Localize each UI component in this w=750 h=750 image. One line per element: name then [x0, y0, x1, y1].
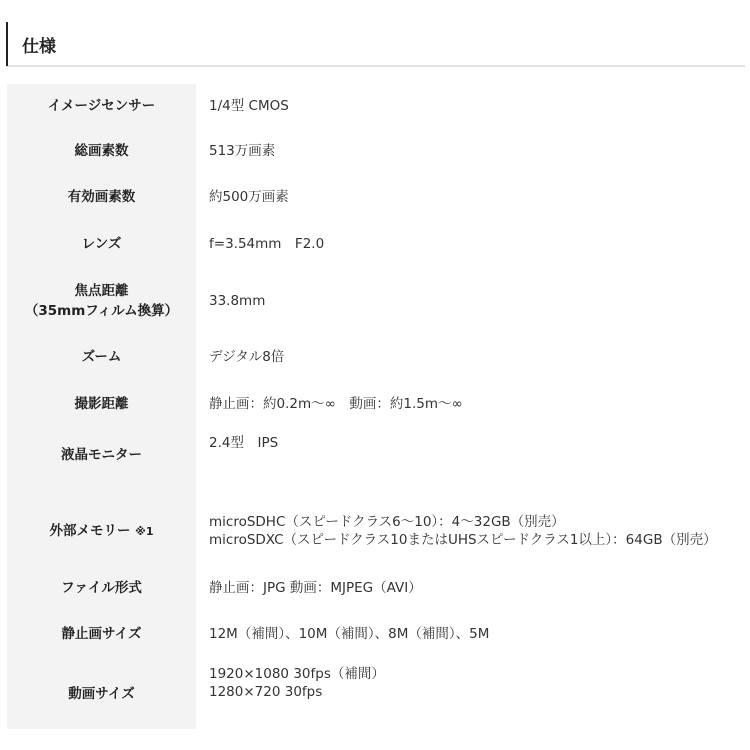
spec-value: 513万画素	[196, 127, 745, 174]
heading-accent-bar	[6, 22, 8, 66]
page-title: 仕様	[22, 32, 56, 57]
value-line: f=3.54mm F2.0	[209, 236, 324, 252]
spec-value: 1920×1080 30fps（補間） 1280×720 30fps	[196, 658, 745, 729]
spec-value: 33.8mm	[196, 268, 745, 334]
spec-label: 静止画サイズ	[7, 610, 196, 658]
spec-label: イメージセンサー	[7, 84, 196, 127]
spec-label-text: 外部メモリー	[49, 523, 130, 539]
table-row: ファイル形式 静止画：JPG 動画：MJPEG（AVI）	[7, 566, 745, 610]
footnote-marker: ※1	[135, 525, 153, 538]
spec-label: 撮影距離	[7, 380, 196, 428]
spec-label: 液晶モニター	[7, 428, 196, 482]
value-line: 静止画：JPG 動画：MJPEG（AVI）	[209, 580, 422, 596]
spec-value: microSDHC（スピードクラス6～10）：4～32GB（別売） microS…	[196, 482, 745, 566]
spec-value: 2.4型 IPS	[196, 428, 745, 482]
value-line: microSDXC（スピードクラス10またはUHSスピードクラス1以上）：64G…	[209, 531, 745, 549]
spec-label-line: （35mmフィルム換算）	[7, 301, 196, 321]
spec-label: 焦点距離 （35mmフィルム換算）	[7, 268, 196, 334]
spec-label: 外部メモリー ※1	[7, 482, 196, 566]
table-row: イメージセンサー 1/4型 CMOS	[7, 84, 745, 127]
spec-label: ズーム	[7, 334, 196, 380]
value-line: 2.4型 IPS	[209, 435, 278, 451]
value-line: 1920×1080 30fps（補間）	[209, 665, 745, 683]
table-row: 有効画素数 約500万画素	[7, 174, 745, 220]
table-row: 撮影距離 静止画：約0.2m～∞ 動画：約1.5m～∞	[7, 380, 745, 428]
spec-label: レンズ	[7, 220, 196, 268]
table-row: 焦点距離 （35mmフィルム換算） 33.8mm	[7, 268, 745, 334]
value-line: 約500万画素	[209, 189, 289, 205]
value-line: 1280×720 30fps	[209, 683, 745, 701]
spec-value: 静止画：約0.2m～∞ 動画：約1.5m～∞	[196, 380, 745, 428]
table-row: レンズ f=3.54mm F2.0	[7, 220, 745, 268]
value-line: 1/4型 CMOS	[209, 98, 289, 114]
spec-value: デジタル8倍	[196, 334, 745, 380]
value-line: 513万画素	[209, 143, 275, 159]
spec-value: f=3.54mm F2.0	[196, 220, 745, 268]
table-row: ズーム デジタル8倍	[7, 334, 745, 380]
spec-value: 約500万画素	[196, 174, 745, 220]
spec-label: ファイル形式	[7, 566, 196, 610]
table-row: 静止画サイズ 12M（補間）、10M（補間）、8M（補間）、5M	[7, 610, 745, 658]
table-row: 液晶モニター 2.4型 IPS	[7, 428, 745, 482]
table-row: 動画サイズ 1920×1080 30fps（補間） 1280×720 30fps	[7, 658, 745, 729]
spec-label-line: 焦点距離	[7, 281, 196, 301]
spec-table: イメージセンサー 1/4型 CMOS 総画素数 513万画素 有効画素数 約50…	[7, 84, 745, 729]
spec-label: 総画素数	[7, 127, 196, 174]
spec-label: 動画サイズ	[7, 658, 196, 729]
value-line: 静止画：約0.2m～∞ 動画：約1.5m～∞	[209, 396, 463, 412]
table-row: 総画素数 513万画素	[7, 127, 745, 174]
table-row: 外部メモリー ※1 microSDHC（スピードクラス6～10）：4～32GB（…	[7, 482, 745, 566]
spec-label: 有効画素数	[7, 174, 196, 220]
section-heading: 仕様	[6, 22, 745, 67]
spec-value: 1/4型 CMOS	[196, 84, 745, 127]
value-line: 12M（補間）、10M（補間）、8M（補間）、5M	[209, 626, 489, 642]
spec-value: 静止画：JPG 動画：MJPEG（AVI）	[196, 566, 745, 610]
value-line: デジタル8倍	[209, 349, 284, 365]
spec-value: 12M（補間）、10M（補間）、8M（補間）、5M	[196, 610, 745, 658]
value-line: 33.8mm	[209, 293, 265, 309]
value-line: microSDHC（スピードクラス6～10）：4～32GB（別売）	[209, 513, 745, 531]
